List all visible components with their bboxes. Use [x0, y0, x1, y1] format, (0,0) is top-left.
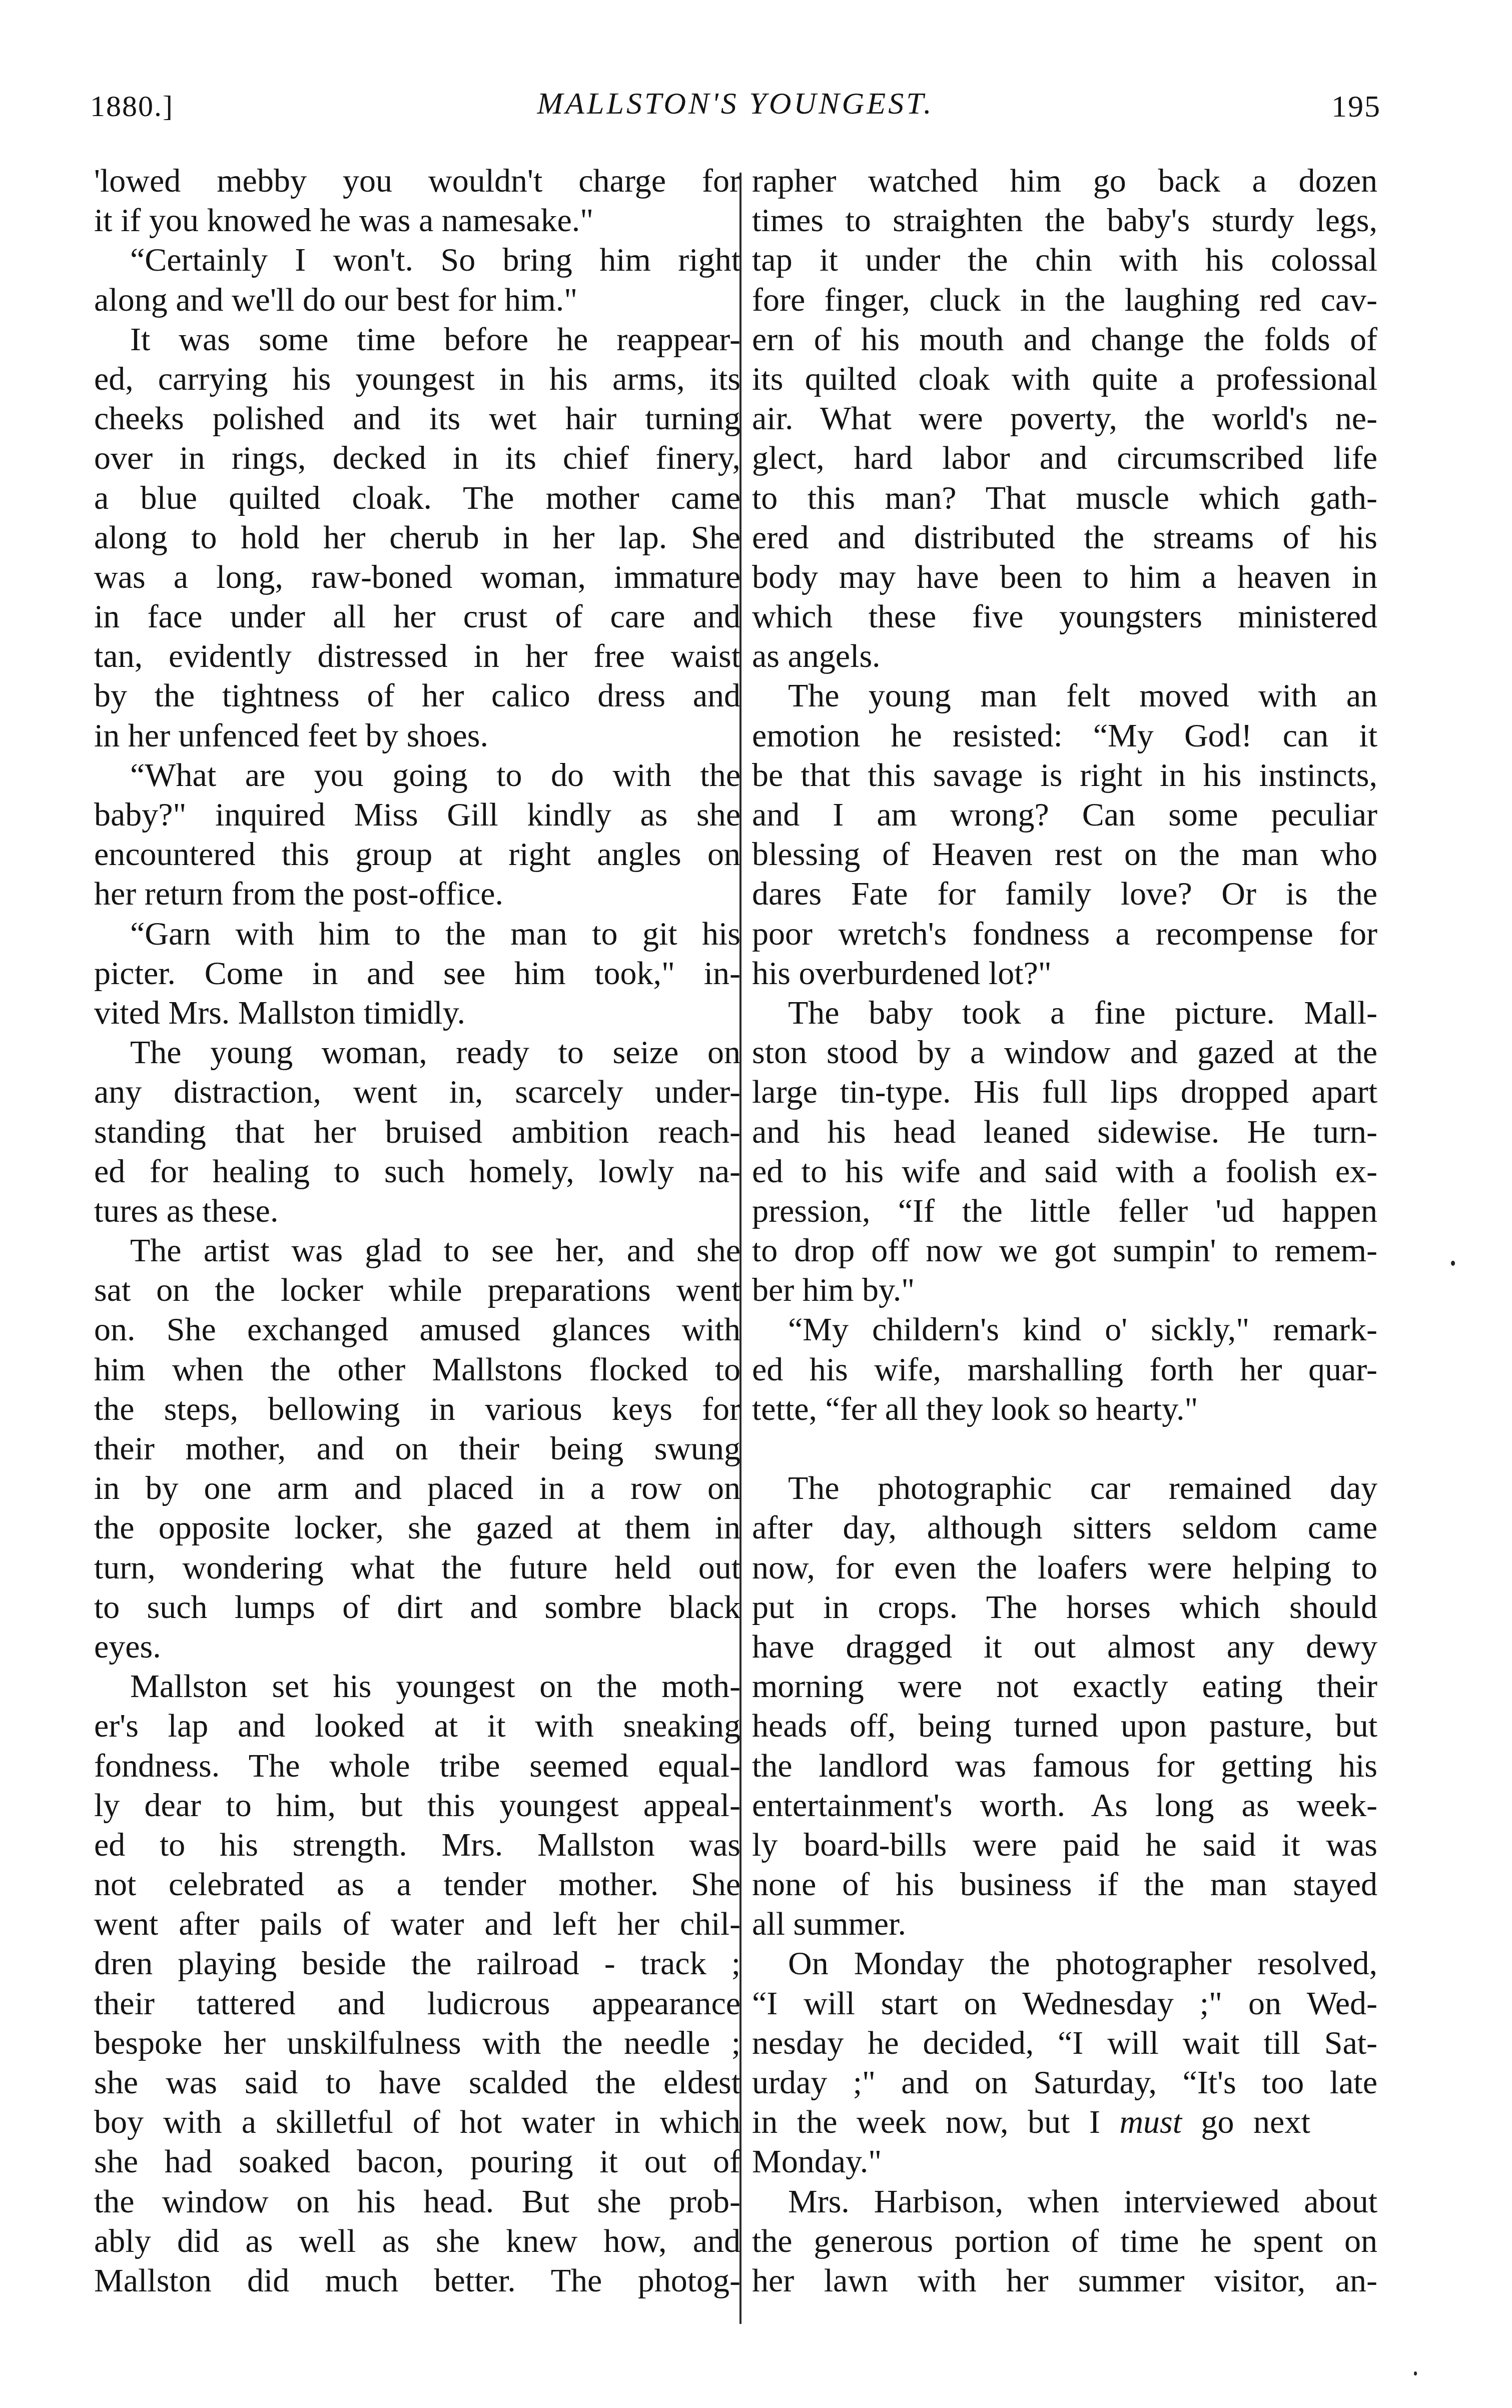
text-line: It was some time before he reappear- — [94, 320, 740, 359]
text-line: by the tightness of her calico dress and — [94, 676, 740, 715]
text-line: ber him by." — [752, 1270, 1377, 1310]
text-line: Mallston did much better. The photog- — [94, 2261, 740, 2300]
text-line: their tattered and ludicrous appearance — [94, 1984, 740, 2023]
emphasized-word: must — [1119, 2104, 1182, 2140]
text-line: pression, “If the little feller 'ud happ… — [752, 1191, 1377, 1231]
text-line: Mrs. Harbison, when interviewed about — [752, 2182, 1377, 2221]
text-line: to this man? That muscle which gath- — [752, 478, 1377, 518]
text-line: entertainment's worth. As long as week- — [752, 1786, 1377, 1825]
text-line: sat on the locker while preparations wen… — [94, 1270, 740, 1310]
text-line: picter. Come in and see him took," in- — [94, 954, 740, 993]
text-line: and his head leaned sidewise. He turn- — [752, 1112, 1377, 1152]
text-line: be that this savage is right in his inst… — [752, 755, 1377, 795]
text-line: “I will start on Wednesday ;" on Wed- — [752, 1984, 1377, 2023]
text-line: the steps, bellowing in various keys for — [94, 1389, 740, 1429]
text-line: the generous portion of time he spent on — [752, 2221, 1377, 2261]
left-text-column: 'lowed mebby you wouldn't charge forit i… — [94, 161, 740, 2300]
text-line: which these five youngsters ministered — [752, 597, 1377, 636]
text-line: to drop off now we got sumpin' to remem- — [752, 1231, 1377, 1270]
text-line: bespoke her unskilfulness with the needl… — [94, 2023, 740, 2063]
text-line: turn, wondering what the future held out — [94, 1548, 740, 1587]
text-line: in by one arm and placed in a row on — [94, 1468, 740, 1508]
text-line: in her unfenced feet by shoes. — [94, 716, 740, 755]
text-line: on. She exchanged amused glances with — [94, 1310, 740, 1349]
text-line: vited Mrs. Mallston timidly. — [94, 993, 740, 1033]
running-title: MALLSTON'S YOUNGEST. — [90, 86, 1381, 122]
text-line: the window on his head. But she prob- — [94, 2182, 740, 2221]
text-line: “Garn with him to the man to git his — [94, 914, 740, 954]
text-line: in face under all her crust of care and — [94, 597, 740, 636]
text-line: as angels. — [752, 636, 1377, 676]
text-line: in the week now, but I must go next — [752, 2102, 1377, 2142]
text-line: The artist was glad to see her, and she — [94, 1231, 740, 1270]
text-line: “My childern's kind o' sickly," remark- — [752, 1310, 1377, 1349]
text-line: er's lap and looked at it with sneaking — [94, 1706, 740, 1746]
text-line: dren playing beside the railroad - track… — [94, 1944, 740, 1983]
text-line: it if you knowed he was a namesake." — [94, 201, 740, 240]
text-line: a blue quilted cloak. The mother came — [94, 478, 740, 518]
text-line: The photographic car remained day — [752, 1468, 1377, 1508]
text-line: any distraction, went in, scarcely under… — [94, 1072, 740, 1112]
text-line: the landlord was famous for getting his — [752, 1746, 1377, 1786]
text-segment: in the week now, but I — [752, 2104, 1119, 2140]
text-line: along to hold her cherub in her lap. She — [94, 518, 740, 557]
column-divider-rule — [739, 173, 741, 2324]
section-break — [752, 1429, 1377, 1468]
text-line: put in crops. The horses which should — [752, 1587, 1377, 1627]
text-line: poor wretch's fondness a recompense for — [752, 914, 1377, 954]
text-line: “What are you going to do with the — [94, 755, 740, 795]
text-line: ed, carrying his youngest in his arms, i… — [94, 359, 740, 399]
text-line: encountered this group at right angles o… — [94, 835, 740, 874]
text-line: Monday." — [752, 2142, 1377, 2181]
text-line: over in rings, decked in its chief finer… — [94, 438, 740, 478]
text-line: cheeks polished and its wet hair turning — [94, 399, 740, 438]
text-line: to such lumps of dirt and sombre black — [94, 1587, 740, 1627]
text-line: have dragged it out almost any dewy — [752, 1627, 1377, 1667]
text-line: along and we'll do our best for him." — [94, 280, 740, 320]
text-line: air. What were poverty, the world's ne- — [752, 399, 1377, 438]
text-line: now, for even the loafers were helping t… — [752, 1548, 1377, 1587]
text-line: The baby took a fine picture. Mall- — [752, 993, 1377, 1033]
text-line: boy with a skilletful of hot water in wh… — [94, 2102, 740, 2142]
text-line: body may have been to him a heaven in — [752, 557, 1377, 597]
text-line: tan, evidently distressed in her free wa… — [94, 636, 740, 676]
text-line: she was said to have scalded the eldest — [94, 2063, 740, 2102]
text-line: all summer. — [752, 1904, 1377, 1944]
text-line: ston stood by a window and gazed at the — [752, 1033, 1377, 1072]
text-line: was a long, raw-boned woman, immature — [94, 557, 740, 597]
running-header: 1880.] MALLSTON'S YOUNGEST. 195 — [90, 75, 1381, 130]
text-line: not celebrated as a tender mother. She — [94, 1865, 740, 1904]
text-line: The young man felt moved with an — [752, 676, 1377, 715]
text-line: ed to his wife and said with a foolish e… — [752, 1152, 1377, 1191]
text-line: large tin-type. His full lips dropped ap… — [752, 1072, 1377, 1112]
text-line: its quilted cloak with quite a professio… — [752, 359, 1377, 399]
text-line: glect, hard labor and circumscribed life — [752, 438, 1377, 478]
text-line: ly dear to him, but this youngest appeal… — [94, 1786, 740, 1825]
text-line: tette, “fer all they look so hearty." — [752, 1389, 1377, 1429]
text-line: she had soaked bacon, pouring it out of — [94, 2142, 740, 2181]
text-line: him when the other Mallstons flocked to — [94, 1350, 740, 1389]
text-line: Mallston set his youngest on the moth- — [94, 1667, 740, 1706]
text-line: tap it under the chin with his colossal — [752, 240, 1377, 280]
print-speck — [1414, 2371, 1417, 2375]
text-line: standing that her bruised ambition reach… — [94, 1112, 740, 1152]
text-line: rapher watched him go back a dozen — [752, 161, 1377, 201]
page-number: 195 — [1331, 89, 1381, 125]
text-line: eyes. — [94, 1627, 740, 1667]
text-line: ered and distributed the streams of his — [752, 518, 1377, 557]
text-line: dares Fate for family love? Or is the — [752, 874, 1377, 914]
text-line: none of his business if the man stayed — [752, 1865, 1377, 1904]
right-text-column: rapher watched him go back a dozentimes … — [752, 161, 1377, 2300]
text-line: the opposite locker, she gazed at them i… — [94, 1508, 740, 1547]
text-line: fondness. The whole tribe seemed equal- — [94, 1746, 740, 1786]
text-line: baby?" inquired Miss Gill kindly as she — [94, 795, 740, 835]
text-line: ed his wife, marshalling forth her quar- — [752, 1350, 1377, 1389]
text-line: ed to his strength. Mrs. Mallston was — [94, 1825, 740, 1865]
text-line: fore finger, cluck in the laughing red c… — [752, 280, 1377, 320]
text-line: ably did as well as she knew how, and — [94, 2221, 740, 2261]
text-line: The young woman, ready to seize on — [94, 1033, 740, 1072]
text-line: emotion he resisted: “My God! can it — [752, 716, 1377, 755]
text-line: blessing of Heaven rest on the man who — [752, 835, 1377, 874]
text-line: her lawn with her summer visitor, an- — [752, 2261, 1377, 2300]
text-line: ly board-bills were paid he said it was — [752, 1825, 1377, 1865]
text-line: heads off, being turned upon pasture, bu… — [752, 1706, 1377, 1746]
print-speck — [1451, 1261, 1455, 1266]
text-line: his overburdened lot?" — [752, 954, 1377, 993]
text-line: 'lowed mebby you wouldn't charge for — [94, 161, 740, 201]
text-segment: go next — [1182, 2104, 1310, 2140]
text-line: after day, although sitters seldom came — [752, 1508, 1377, 1547]
text-line: urday ;" and on Saturday, “It's too late — [752, 2063, 1377, 2102]
text-line: her return from the post-office. — [94, 874, 740, 914]
text-line: On Monday the photographer resolved, — [752, 1944, 1377, 1983]
text-line: their mother, and on their being swung — [94, 1429, 740, 1468]
text-line: ed for healing to such homely, lowly na- — [94, 1152, 740, 1191]
text-line: times to straighten the baby's sturdy le… — [752, 201, 1377, 240]
text-line: “Certainly I won't. So bring him right — [94, 240, 740, 280]
text-line: ern of his mouth and change the folds of — [752, 320, 1377, 359]
text-line: went after pails of water and left her c… — [94, 1904, 740, 1944]
text-line: tures as these. — [94, 1191, 740, 1231]
text-line: morning were not exactly eating their — [752, 1667, 1377, 1706]
text-line: nesday he decided, “I will wait till Sat… — [752, 2023, 1377, 2063]
text-line: and I am wrong? Can some peculiar — [752, 795, 1377, 835]
